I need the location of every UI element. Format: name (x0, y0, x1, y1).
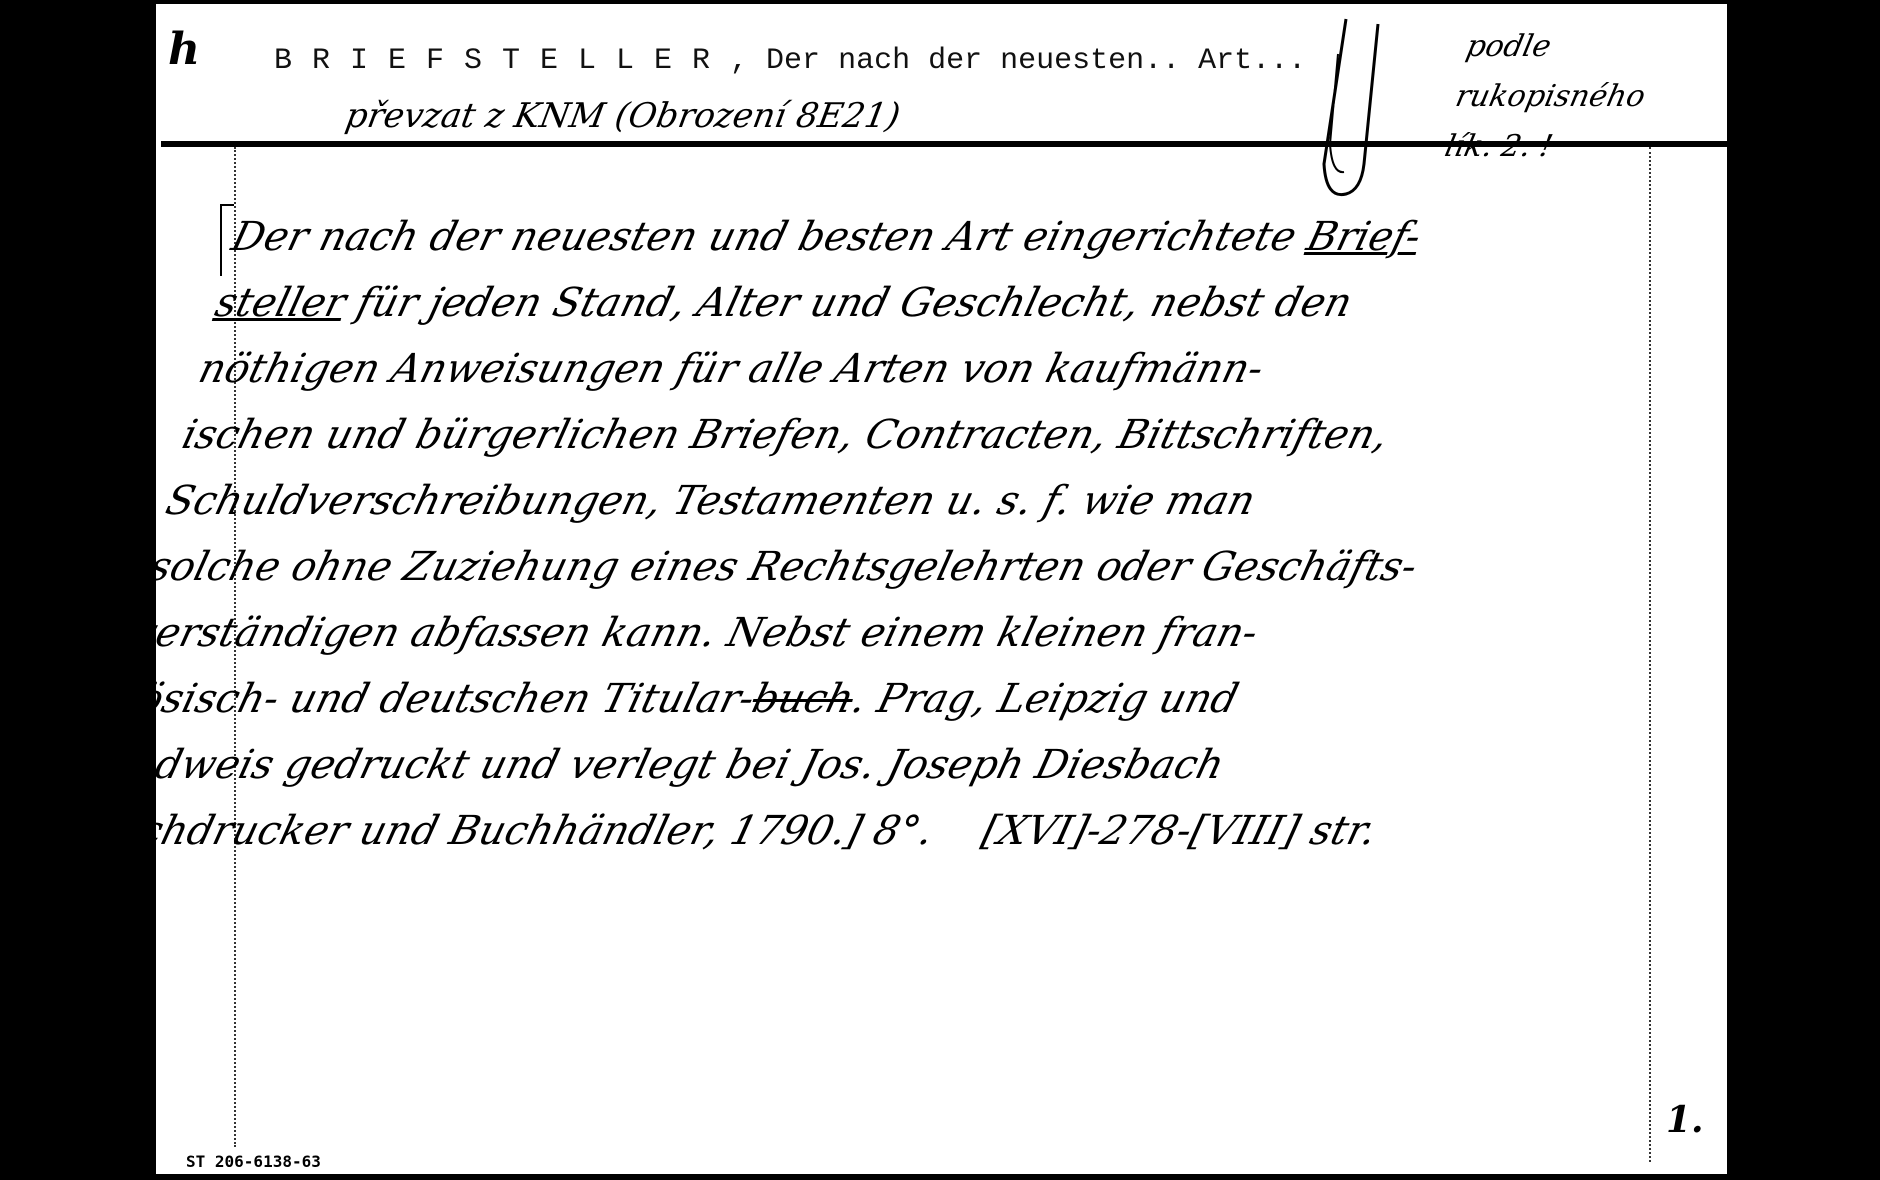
body-line-3: nöthigen Anweisungen für alle Arten von … (192, 336, 1608, 402)
page-number: 1. (1666, 1099, 1704, 1141)
body-line-5: Schuldverschreibungen, Testamenten u. s.… (159, 468, 1575, 534)
struck-text: buch (748, 676, 859, 722)
handwritten-description: Der nach der neuesten und besten Art ein… (156, 204, 1641, 864)
body-line-2: steller für jeden Stand, Alter und Gesch… (208, 270, 1624, 336)
right-margin-guide (1649, 147, 1651, 1162)
card-footer-code: ST 206-6138-63 (186, 1152, 321, 1171)
header-rule (161, 141, 1727, 147)
catalog-card: h BRIEFSTELLER, Der nach der neuesten.. … (156, 4, 1727, 1174)
margin-note-line-2: lík. 2. ! (1440, 122, 1711, 172)
corner-mark: h (168, 24, 200, 75)
paperclip-mark-icon (1316, 14, 1386, 204)
body-line-9: Budweis gedruckt und verlegt bei Jos. Jo… (156, 732, 1509, 798)
source-note: převzat z KNM (Obrození 8E21) (342, 96, 903, 136)
body-line-8: zösisch- und deutschen Titular-buch. Pra… (156, 666, 1526, 732)
body-line-6: solche ohne Zuziehung eines Rechtsgelehr… (156, 534, 1559, 600)
title-headword: BRIEFSTELLER (274, 44, 730, 78)
format: 8°. (868, 808, 938, 854)
body-line-4: ischen und bürgerlichen Briefen, Contrac… (175, 402, 1591, 468)
body-line-10: Buchdrucker und Buchhändler, 1790.] 8°. … (156, 798, 1493, 864)
body-line-1: Der nach der neuesten und besten Art ein… (225, 204, 1641, 270)
body-line-7: verständigen abfassen kann. Nebst einem … (156, 600, 1542, 666)
title-rest: , Der nach der neuesten.. Art... (730, 44, 1306, 78)
card-title: BRIEFSTELLER, Der nach der neuesten.. Ar… (274, 44, 1306, 78)
margin-note-line-1: podle rukopisného (1451, 22, 1727, 122)
margin-note: podle rukopisného lík. 2. ! (1440, 22, 1727, 172)
pagination: [XVI]-278-[VIII] str. (978, 808, 1381, 854)
